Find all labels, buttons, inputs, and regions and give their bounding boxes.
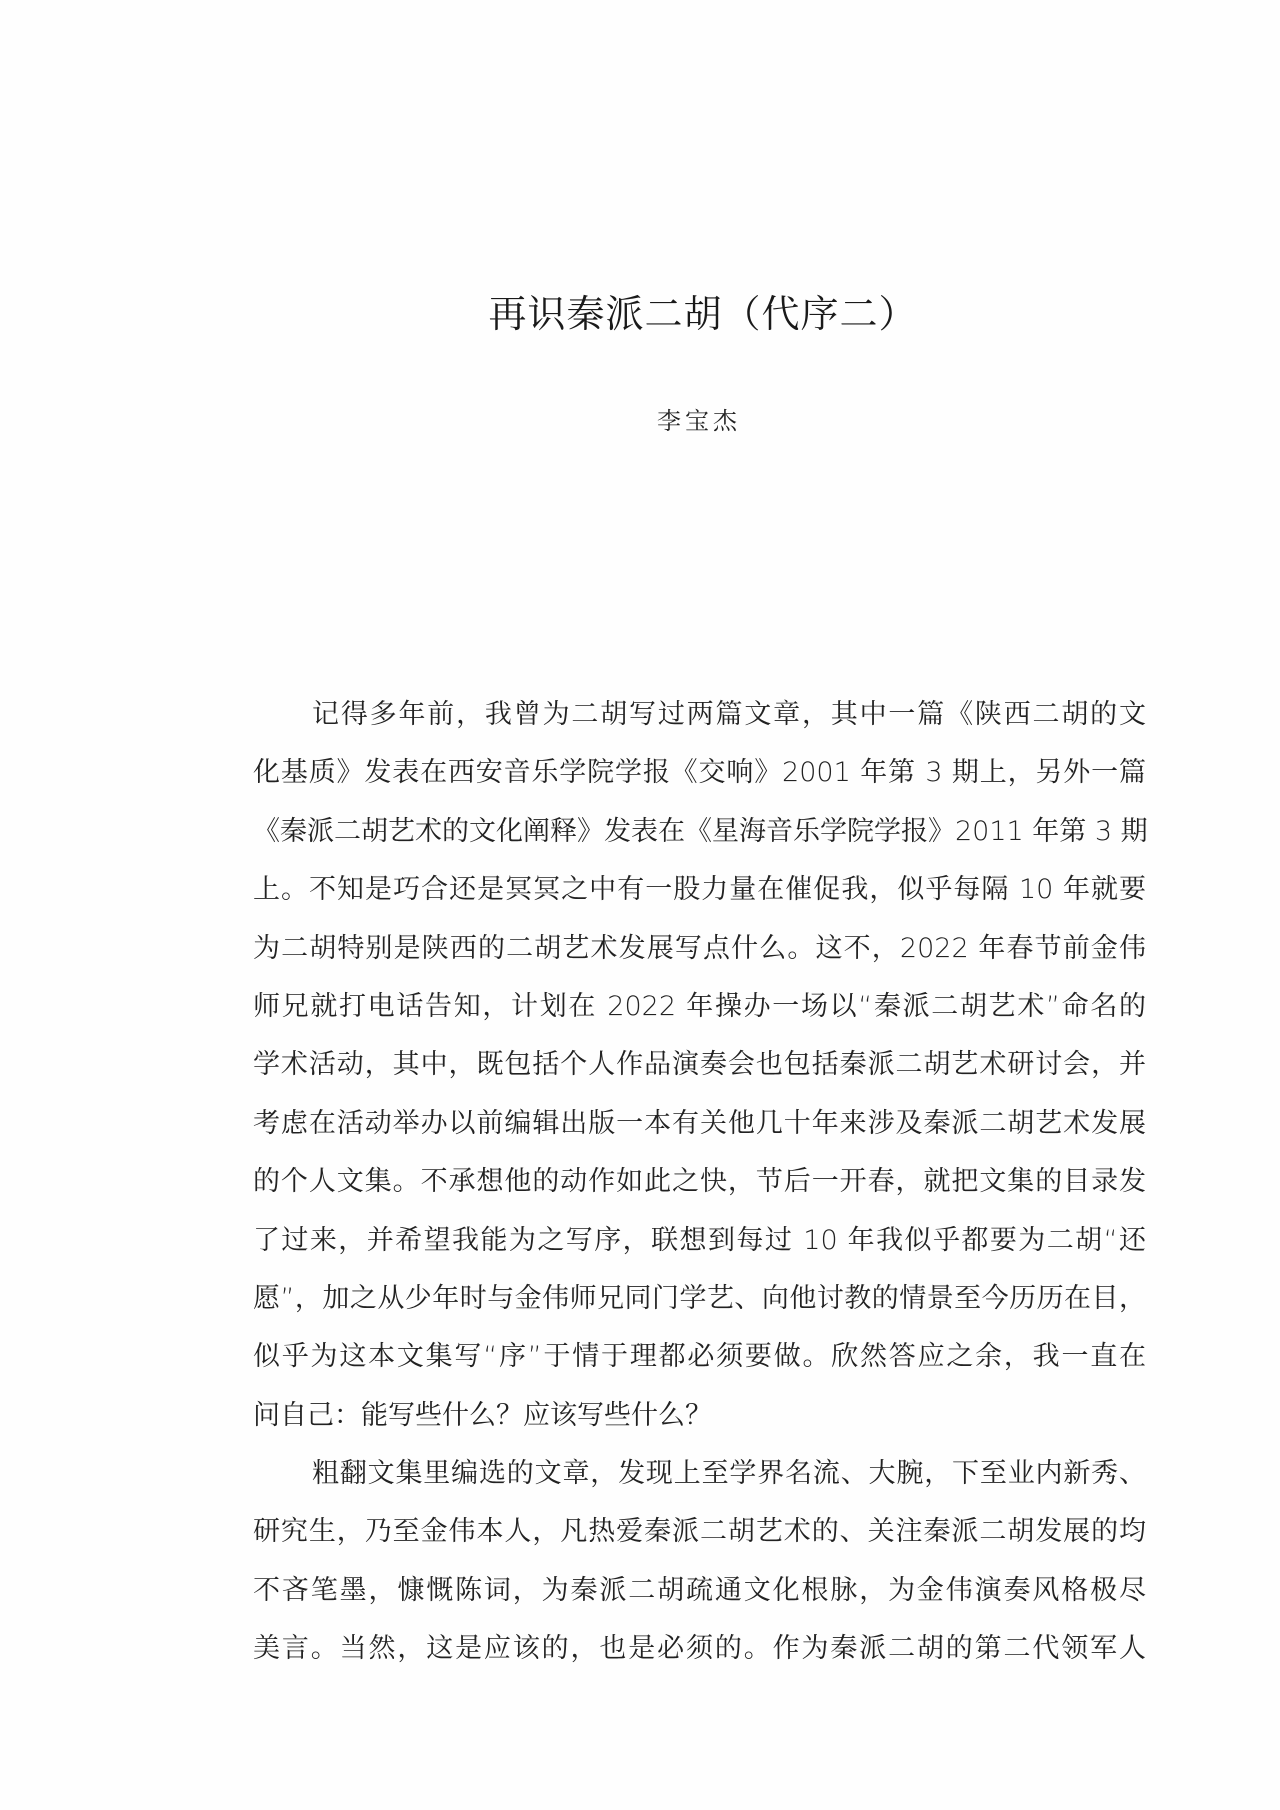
page-title: 再识秦派二胡（代序二） <box>0 288 1280 340</box>
text-line: 的个人文集。不承想他的动作如此之快，节后一开春，就把文集的目录发 <box>253 1162 1146 1220</box>
text-line: 记得多年前，我曾为二胡写过两篇文章，其中一篇《陕西二胡的文 <box>253 695 1146 753</box>
text-line: 了过来，并希望我能为之写序，联想到每过 10 年我似乎都要为二胡“还 <box>253 1221 1146 1279</box>
text-line: 似乎为这本文集写“序”于情于理都必须要做。欣然答应之余，我一直在 <box>253 1337 1146 1395</box>
text-line: 为二胡特别是陕西的二胡艺术发展写点什么。这不，2022 年春节前金伟 <box>253 929 1146 987</box>
article-body: 记得多年前，我曾为二胡写过两篇文章，其中一篇《陕西二胡的文 化基质》发表在西安音… <box>253 695 1146 1688</box>
text-line: 愿”，加之从少年时与金伟师兄同门学艺、向他讨教的情景至今历历在目， <box>253 1279 1146 1337</box>
text-line: 不吝笔墨，慷慨陈词，为秦派二胡疏通文化根脉，为金伟演奏风格极尽 <box>253 1571 1146 1629</box>
text-line: 上。不知是巧合还是冥冥之中有一股力量在催促我，似乎每隔 10 年就要 <box>253 870 1146 928</box>
paragraph-2: 粗翻文集里编选的文章，发现上至学界名流、大腕，下至业内新秀、 研究生，乃至金伟本… <box>253 1454 1146 1688</box>
text-line: 考虑在活动举办以前编辑出版一本有关他几十年来涉及秦派二胡艺术发展 <box>253 1104 1146 1162</box>
paragraph-1: 记得多年前，我曾为二胡写过两篇文章，其中一篇《陕西二胡的文 化基质》发表在西安音… <box>253 695 1146 1454</box>
text-line: 化基质》发表在西安音乐学院学报《交响》2001 年第 3 期上，另外一篇 <box>253 753 1146 811</box>
text-line: 师兄就打电话告知，计划在 2022 年操办一场以“秦派二胡艺术”命名的 <box>253 987 1146 1045</box>
text-line: 美言。当然，这是应该的，也是必须的。作为秦派二胡的第二代领军人 <box>253 1629 1146 1687</box>
text-line: 学术活动，其中，既包括个人作品演奏会也包括秦派二胡艺术研讨会，并 <box>253 1045 1146 1103</box>
text-line: 粗翻文集里编选的文章，发现上至学界名流、大腕，下至业内新秀、 <box>253 1454 1146 1512</box>
author-name: 李宝杰 <box>0 404 1280 438</box>
text-line: 研究生，乃至金伟本人，凡热爱秦派二胡艺术的、关注秦派二胡发展的均 <box>253 1512 1146 1570</box>
text-line: 《秦派二胡艺术的文化阐释》发表在《星海音乐学院学报》2011 年第 3 期 <box>253 812 1146 870</box>
text-line: 问自己：能写些什么？应该写些什么？ <box>253 1396 1146 1454</box>
document-page: 再识秦派二胡（代序二） 李宝杰 记得多年前，我曾为二胡写过两篇文章，其中一篇《陕… <box>0 0 1280 1810</box>
